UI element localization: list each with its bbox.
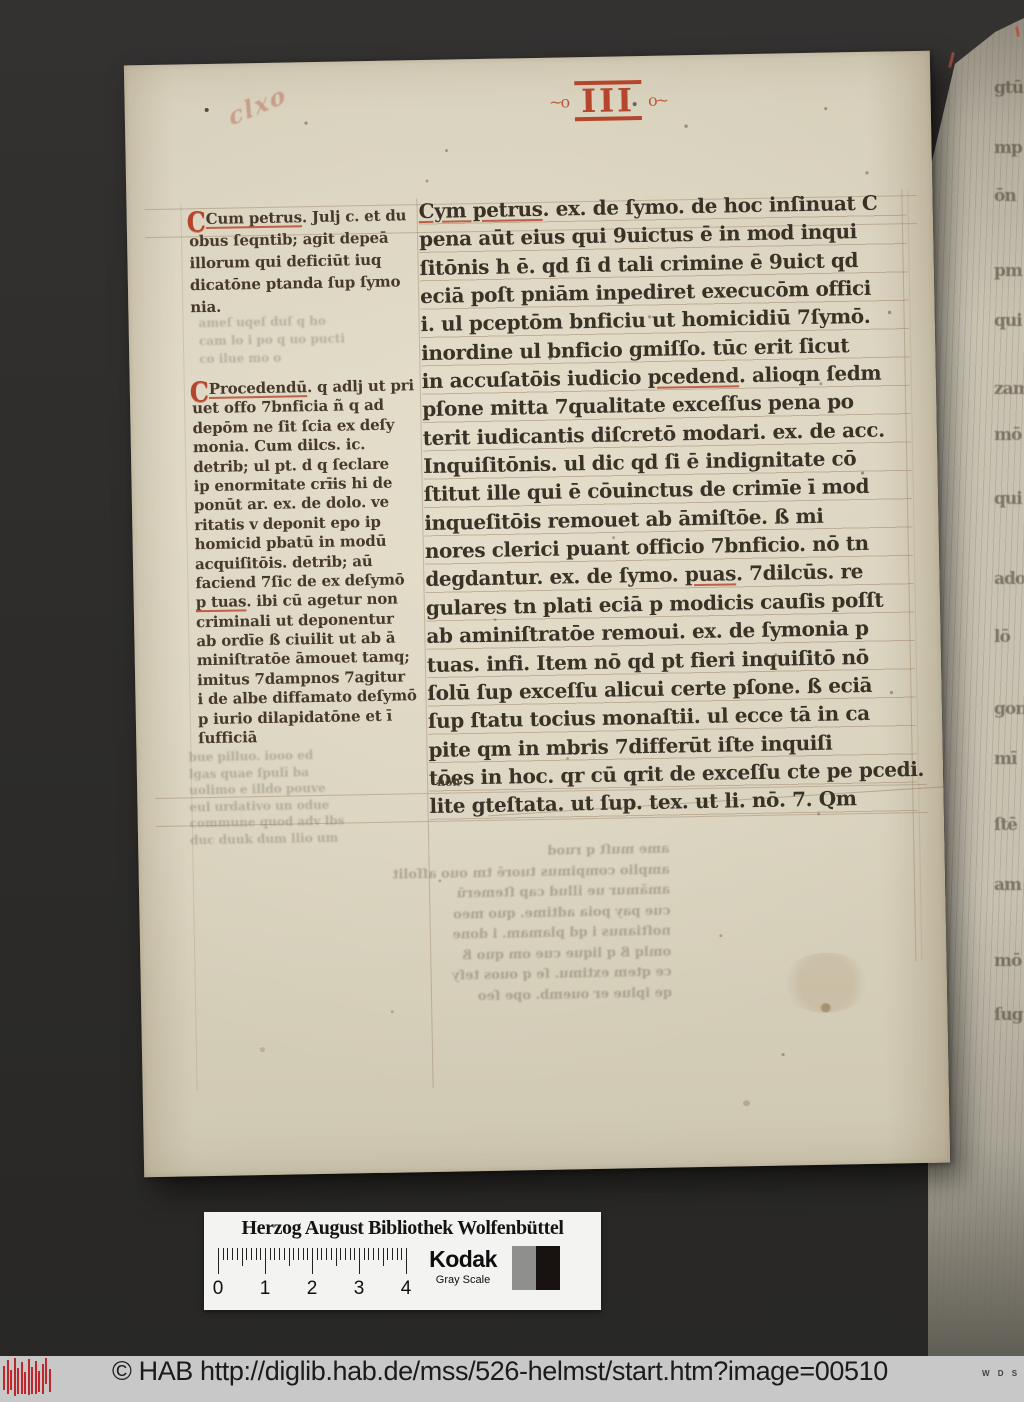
ruler-tick: [350, 1248, 351, 1260]
ruler-tick: [340, 1248, 341, 1260]
caption-bar: © HAB http://diglib.hab.de/mss/526-helms…: [0, 1356, 1024, 1402]
red-underlined-text: pcedend: [647, 363, 739, 389]
showthrough-text: ameſ uqeſ duſ q hocam lo i po q uo pucti…: [198, 312, 409, 370]
ruler-tick: [227, 1248, 228, 1260]
edge-text-fragment: lō: [990, 627, 1024, 647]
ruler-tick: [359, 1248, 360, 1274]
main-text-column: Cym petrus. ex. de ſymo. de hoc inſinuat…: [418, 190, 917, 822]
ruling-line: [180, 204, 197, 1090]
ruler-tick: [251, 1248, 252, 1260]
ruler-tick: [387, 1248, 388, 1260]
edge-text-fragment: mō: [990, 951, 1024, 971]
ruler-number: 0: [213, 1278, 224, 1300]
ruler-tick: [289, 1248, 290, 1266]
edge-text-fragment: ſtē: [990, 815, 1024, 835]
ruler-tick: [303, 1248, 304, 1260]
ruler-tick: [397, 1248, 398, 1260]
barcode-bar: [24, 1372, 26, 1394]
ruler-tick: [401, 1248, 402, 1260]
ruler-tick: [321, 1248, 322, 1260]
barcode-bar: [31, 1367, 33, 1394]
edge-text-fragment: gon: [990, 699, 1024, 719]
red-underlined-text: p tuas: [196, 593, 247, 612]
barcode-bar: [38, 1371, 40, 1392]
ruler-tick: [232, 1248, 233, 1260]
ruler-tick: [331, 1248, 332, 1260]
ruler-number: 2: [307, 1278, 318, 1300]
edge-text-fragment: gtū: [990, 78, 1024, 98]
black-swatch: [536, 1246, 560, 1290]
ruler-tick: [354, 1248, 355, 1260]
barcode-bar: [7, 1360, 9, 1394]
margin-note-lines: Cum petrus. Julj c. et duobus ſeqntib; a…: [189, 206, 429, 320]
ruler-tick: [336, 1248, 337, 1266]
ruler-tick: [279, 1248, 280, 1260]
interlinear-gloss: non: [437, 775, 461, 788]
ruler-tick: [260, 1248, 261, 1260]
barcode-bar: [14, 1358, 16, 1396]
edge-text-fragment: qui: [990, 489, 1024, 509]
ruler-tick: [246, 1248, 247, 1260]
parchment-stain: [743, 1100, 750, 1106]
margin-gloss-note: C Procedendū. q adlj ut priuet offo 7bnf…: [192, 376, 437, 749]
gray-scale-swatches: [512, 1246, 560, 1290]
ruler-tick: [345, 1248, 346, 1260]
ruler-tick: [218, 1248, 219, 1274]
showthrough-text: bue pilluo. iooo edlgas quae ſpulī bauol…: [188, 746, 450, 850]
red-underlined-text: Procedendū: [209, 378, 308, 398]
main-text-lines: Cym petrus. ex. de ſymo. de hoc inſinuat…: [418, 190, 917, 822]
ruler: 01234: [214, 1248, 414, 1304]
edge-text-fragment: mī: [990, 749, 1024, 769]
rubric-paraph-icon: C: [190, 375, 210, 409]
ruler-number: 3: [354, 1278, 365, 1300]
ruler-tick: [256, 1248, 257, 1260]
ink-dot: [205, 108, 209, 112]
barcode-bar: [21, 1362, 23, 1394]
red-underlined-text: Cym petrus: [418, 197, 542, 223]
margin-note-lines: Procedendū. q adlj ut priuet offo 7bnfic…: [192, 376, 437, 749]
library-name-label: Herzog August Bibliothek Wolfenbüttel: [204, 1217, 601, 1240]
ruler-ticks: [214, 1248, 414, 1278]
ruler-tick: [237, 1248, 238, 1260]
barcode-bar: [28, 1359, 30, 1395]
ruler-numbers: 01234: [214, 1278, 414, 1302]
ruler-tick: [392, 1248, 393, 1260]
barcode-bar: [42, 1364, 44, 1394]
barcode-bar: [3, 1366, 5, 1390]
ruler-tick: [406, 1248, 407, 1274]
manuscript-page: clxo ~o III o~ C Cum petrus. Julj c. et …: [124, 51, 950, 1178]
red-registration-mark: [948, 52, 955, 68]
showthrough-text-mirrored: ame muſt q ruodamplio compimus tuorē tm …: [334, 842, 672, 1012]
flourish-left: ~o: [549, 92, 568, 111]
ruler-tick: [298, 1248, 299, 1260]
edge-text-fragment: am: [990, 875, 1024, 895]
gray-scale-label: Gray Scale: [420, 1274, 506, 1286]
flourish-right: o~: [648, 90, 667, 109]
edge-text-fragment: ōn: [990, 186, 1024, 206]
showthrough-line: co ilue mo o: [199, 348, 409, 370]
ruler-tick: [307, 1248, 308, 1260]
barcode-bar: [17, 1368, 19, 1394]
ruler-tick: [242, 1248, 243, 1266]
rubric-paraph-icon: C: [186, 205, 206, 239]
ruler-number: 1: [260, 1278, 271, 1300]
ruler-tick: [368, 1248, 369, 1260]
edge-text-fragment: pm: [990, 261, 1024, 281]
scan-background: gtūmpōnpmquizammōquiadolōgonmīſtēammōſug…: [0, 0, 1024, 1402]
ruler-tick: [383, 1248, 384, 1266]
kodak-gray-scale-label: Herzog August Bibliothek Wolfenbüttel 01…: [204, 1212, 601, 1310]
edge-text-fragment: ado: [990, 569, 1024, 589]
kodak-logo-text: Kodak: [420, 1246, 506, 1273]
caption-url-text: © HAB http://diglib.hab.de/mss/526-helms…: [112, 1356, 888, 1387]
ruler-tick: [223, 1248, 224, 1260]
ruler-tick: [317, 1248, 318, 1260]
parchment-speckles: [114, 56, 116, 58]
ruler-tick: [373, 1248, 374, 1260]
red-underlined-text: Cum petrus: [206, 208, 302, 228]
ruler-tick: [293, 1248, 294, 1260]
barcode-bar: [10, 1370, 12, 1390]
red-underlined-text: puas: [685, 562, 737, 587]
ruler-tick: [270, 1248, 271, 1260]
ruler-tick: [312, 1248, 313, 1274]
kodak-brand: Kodak Gray Scale: [420, 1246, 506, 1286]
ruler-tick: [265, 1248, 266, 1274]
edge-text-fragment: zam: [990, 379, 1024, 399]
parchment-stain: [260, 1047, 265, 1052]
barcode-bar: [49, 1369, 51, 1392]
margin-gloss-note: C Cum petrus. Julj c. et duobus ſeqntib;…: [189, 206, 429, 320]
ruler-tick: [326, 1248, 327, 1260]
ruler-tick: [284, 1248, 285, 1260]
barcode-bar: [45, 1358, 47, 1384]
edge-text-fragment: qui: [990, 311, 1024, 331]
next-page-text-fragments: gtūmpōnpmquizammōquiadolōgonmīſtēammōſug: [990, 58, 1024, 1158]
corner-watermark-text: W D S: [982, 1369, 1020, 1378]
faded-red-inscription: clxo: [225, 79, 290, 132]
registration-barcode-icon: [3, 1358, 55, 1400]
ruler-tick: [364, 1248, 365, 1260]
ruler-number: 4: [401, 1278, 412, 1300]
edge-text-fragment: ſug: [990, 1005, 1024, 1025]
ruler-tick: [378, 1248, 379, 1260]
folio-number-heading: ~o III o~: [520, 79, 696, 122]
edge-text-fragment: mō: [990, 425, 1024, 445]
ruler-tick: [274, 1248, 275, 1260]
margin-note-line: ſufficiā: [198, 725, 436, 749]
barcode-bar: [35, 1361, 37, 1394]
gray-swatch: [512, 1246, 536, 1290]
edge-text-fragment: mp: [990, 138, 1024, 158]
folio-number: III: [574, 80, 643, 121]
